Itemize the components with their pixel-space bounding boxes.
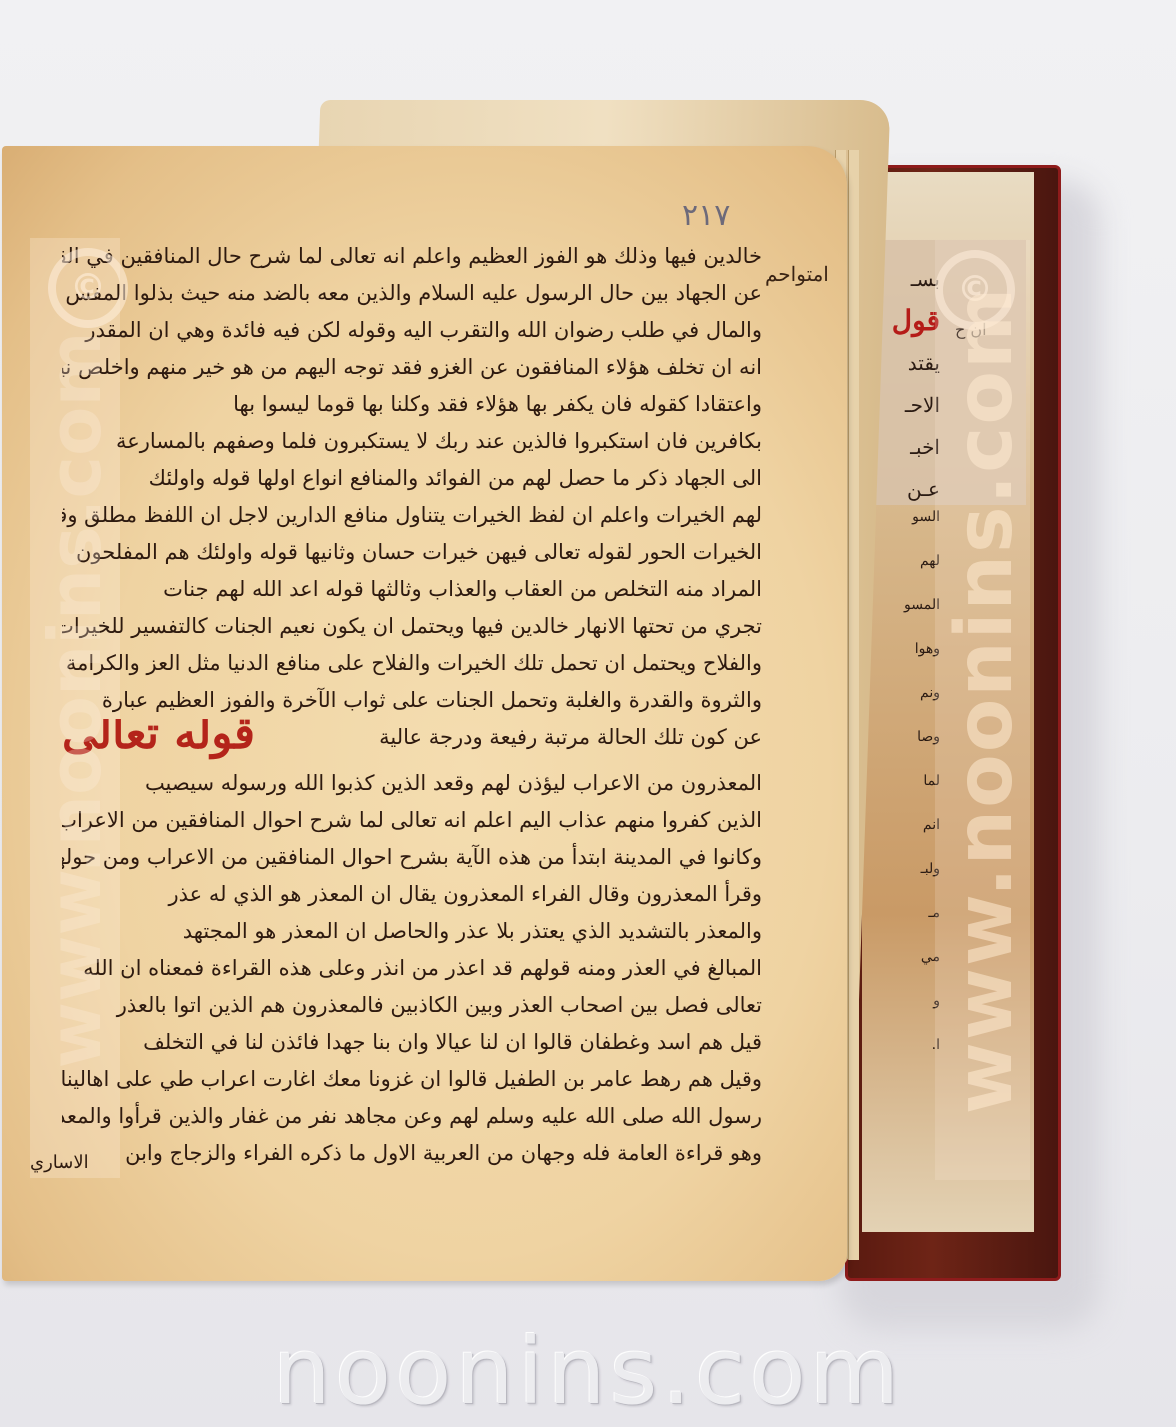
text-line: وهو قراءة العامة فله وجهان من العربية ال…	[62, 1135, 762, 1172]
text-line: قيل هم اسد وغطفان قالوا ان لنا عيالا وان…	[62, 1024, 762, 1061]
text-line: وقرأ المعذرون وقال الفراء المعذرون يقال …	[62, 876, 762, 913]
vertical-watermark: www.noonins.com	[940, 286, 1030, 1114]
text-line: لهم الخيرات واعلم ان لفظ الخيرات يتناول …	[62, 497, 762, 534]
manuscript-text: خالدين فيها وذلك هو الفوز العظيم واعلم ا…	[62, 238, 762, 1172]
text-line: الذين كفروا منهم عذاب اليم اعلم انه تعال…	[62, 802, 762, 839]
text-line: الخيرات الحور لقوله تعالى فيهن خيرات حسا…	[62, 534, 762, 571]
text-line: تعالى فصل بين اصحاب العذر وبين الكاذبين …	[62, 987, 762, 1024]
text-line: عن كون تلك الحالة مرتبة رفيعة ودرجة عالي…	[379, 725, 762, 749]
text-line: والمعذر بالتشديد الذي يعتذر بلا عذر والح…	[62, 913, 762, 950]
text-line: رسول الله صلى الله عليه وسلم لهم وعن مجا…	[62, 1098, 762, 1135]
text-line: والمال في طلب رضوان الله والتقرب اليه وق…	[62, 312, 762, 349]
text-line: المراد منه التخلص من العقاب والعذاب وثال…	[62, 571, 762, 608]
text-line: انه ان تخلف هؤلاء المنافقون عن الغزو فقد…	[62, 349, 762, 386]
text-line: عن الجهاد بين حال الرسول عليه السلام وال…	[62, 275, 762, 312]
page-edge	[848, 150, 859, 1260]
catchword: الاساري	[30, 1152, 89, 1173]
footer-watermark: noonins.com	[0, 1318, 1176, 1425]
margin-note: امتواحم	[765, 262, 829, 286]
text-line: وكانوا في المدينة ابتدأ من هذه الآية بشر…	[62, 839, 762, 876]
text-line: والثروة والقدرة والغلبة وتحمل الجنات على…	[62, 682, 762, 719]
text-line: المبالغ في العذر ومنه قولهم قد اعذر من ا…	[62, 950, 762, 987]
text-line: بكافرين فان استكبروا فالذين عند ربك لا ي…	[62, 423, 762, 460]
vertical-watermark-left: www.noonins.com	[33, 331, 117, 1068]
text-line: تجري من تحتها الانهار خالدين فيها ويحتمل…	[62, 608, 762, 645]
folio-number: ٢١٧	[682, 198, 730, 233]
text-line: وقيل هم رهط عامر بن الطفيل قالوا ان غزون…	[62, 1061, 762, 1098]
text-line: المعذرون من الاعراب ليؤذن لهم وقعد الذين…	[62, 765, 762, 802]
heading-line: عن كون تلك الحالة مرتبة رفيعة ودرجة عالي…	[62, 719, 762, 765]
text-line: واعتقادا كقوله فان يكفر بها هؤلاء فقد وك…	[62, 386, 762, 423]
copyright-watermark-icon: ©	[48, 248, 128, 328]
pastedown-text: بسـ قول يقتد الاحـ اخبـ عـن	[880, 258, 940, 510]
text-line: والفلاح ويحتمل ان تحمل تلك الخيرات والفل…	[62, 645, 762, 682]
pastedown-column: السو لهم المسو وهوا ونم وصا لما انم ولبـ…	[900, 495, 940, 1067]
text-line: الى الجهاد ذكر ما حصل لهم من الفوائد وال…	[62, 460, 762, 497]
text-line: خالدين فيها وذلك هو الفوز العظيم واعلم ا…	[62, 238, 762, 275]
